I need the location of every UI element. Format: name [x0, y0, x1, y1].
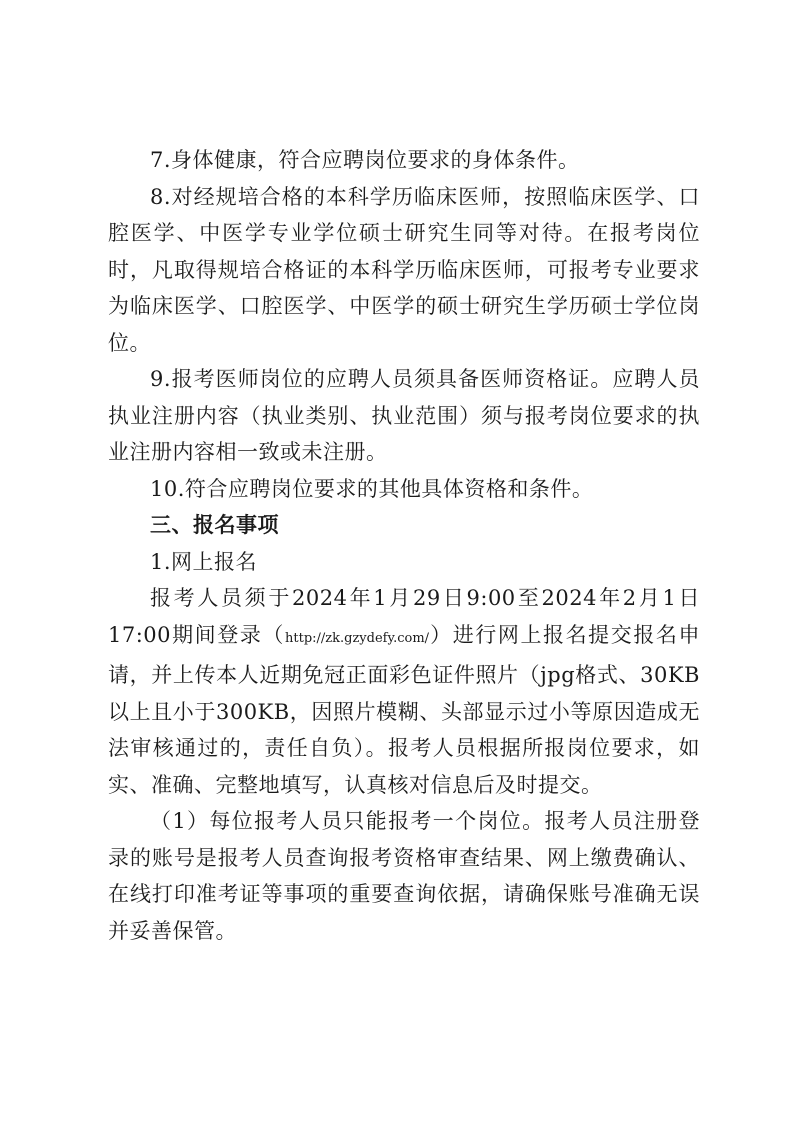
section-heading: 三、报名事项 — [108, 507, 700, 544]
subsection-heading: 1.网上报名 — [108, 544, 700, 581]
registration-url-link[interactable]: http://zk.gzydefy.com/ — [285, 631, 429, 646]
registration-text-after-url: ）进行网上报名提交报名申请，并上传本人近期免冠正面彩色证件照片（jpg格式、30… — [108, 623, 700, 797]
document-page: 7.身体健康，符合应聘岗位要求的身体条件。 8.对经规培合格的本科学历临床医师，… — [108, 142, 700, 949]
paragraph-8: 8.对经规培合格的本科学历临床医师，按照临床医学、口腔医学、中医学专业学位硕士研… — [108, 179, 700, 362]
paragraph-9: 9.报考医师岗位的应聘人员须具备医师资格证。应聘人员执业注册内容（执业类别、执业… — [108, 361, 700, 471]
item-1-paragraph: （1）每位报考人员只能报考一个岗位。报考人员注册登录的账号是报考人员查询报考资格… — [108, 803, 700, 949]
registration-paragraph: 报考人员须于2024年1月29日9:00至2024年2月1日17:00期间登录（… — [108, 580, 700, 803]
paragraph-10: 10.符合应聘岗位要求的其他具体资格和条件。 — [108, 471, 700, 508]
paragraph-7: 7.身体健康，符合应聘岗位要求的身体条件。 — [108, 142, 700, 179]
